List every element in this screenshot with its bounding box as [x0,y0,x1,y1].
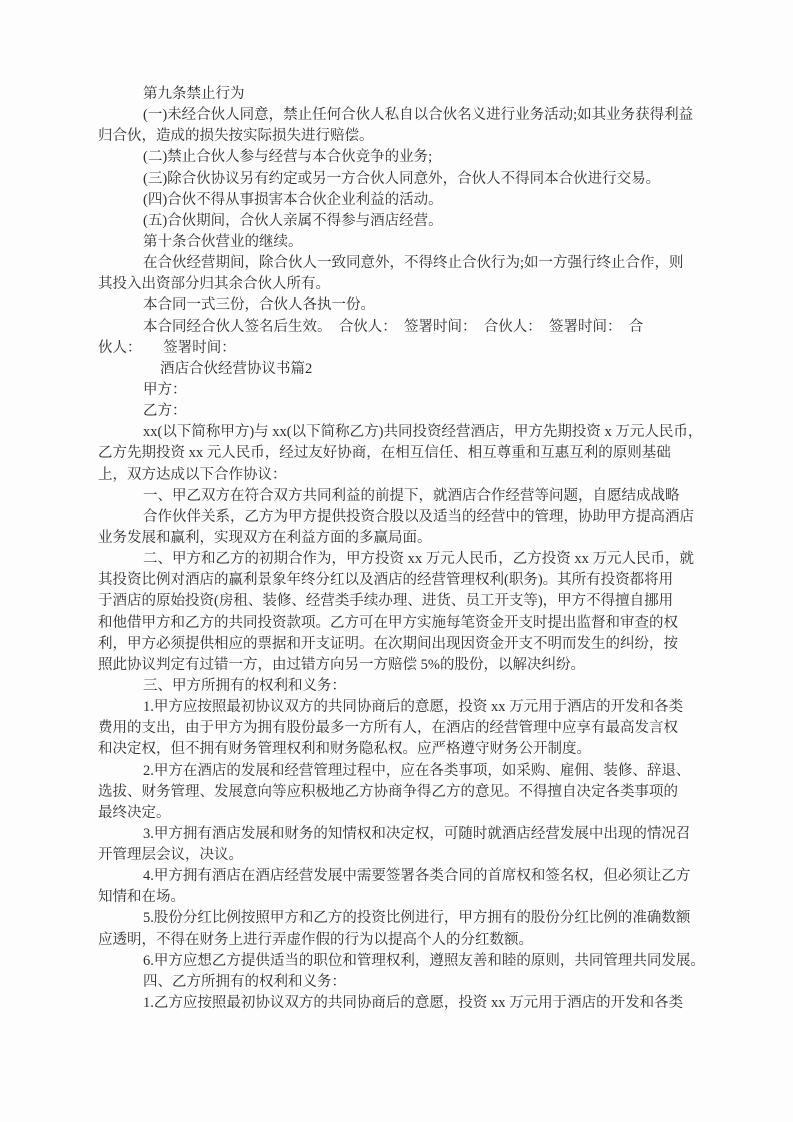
document-line: 选拔、财务管理、发展意向等应积极地乙方协商争得乙方的意见。不得擅自决定各类事项的 [98,782,738,803]
document-line: 费用的支出，由于甲方为拥有股份最多一方所有人，在酒店的经营管理中应享有最高发言权 [98,718,738,739]
document-line: 1.甲方应按照最初协议双方的共同协商后的意愿，投资 xx 万元用于酒店的开发和各… [98,697,738,718]
document-page: 第九条禁止行为(一)未经合伙人同意，禁止任何合伙人私自以合伙名义进行业务活动;如… [0,0,793,1122]
document-line: 和他借甲方和乙方的共同投资款项。乙方可在甲方实施每笔资金开支时提出监督和审查的权 [98,613,738,634]
document-line: 知情和在场。 [98,887,738,908]
document-line: 二、甲方和乙方的初期合作为，甲方投资 xx 万元人民币，乙方投资 xx 万元人民… [98,549,738,570]
document-line: 上，双方达成以下合作协议： [98,465,738,486]
document-line: (一)未经合伙人同意，禁止任何合伙人私自以合伙名义进行业务活动;如其业务获得利益 [98,105,738,126]
document-line: 甲方： [98,380,738,401]
document-line: 1.乙方应按照最初协议双方的共同协商后的意愿，投资 xx 万元用于酒店的开发和各… [98,993,738,1014]
document-line: 三、甲方所拥有的权利和义务： [98,676,738,697]
document-line: 四、乙方所拥有的权利和义务： [98,972,738,993]
document-line: 4.甲方拥有酒店在酒店经营发展中需要签署各类合同的首席权和签名权，但必须让乙方 [98,866,738,887]
document-line: 归合伙，造成的损失按实际损失进行赔偿。 [98,126,738,147]
document-line: 本合同经合伙人签名后生效。 合伙人： 签署时间： 合伙人： 签署时间： 合 [98,317,738,338]
document-line: 一、甲乙双方在符合双方共同利益的前提下，就酒店合作经营等问题，自愿结成战略 [98,486,738,507]
document-line: (二)禁止合伙人参与经营与本合伙竞争的业务; [98,147,738,168]
document-line: 本合同一式三份，合伙人各执一份。 [98,295,738,316]
document-line: 业务发展和赢利，实现双方在利益方面的多赢局面。 [98,528,738,549]
document-line: 6.甲方应想乙方提供适当的职位和管理权利，遵照友善和睦的原则，共同管理共同发展。 [98,951,738,972]
document-line: 其投入出资部分归其余合伙人所有。 [98,274,738,295]
document-line: 于酒店的原始投资(房租、装修、经营类手续办理、进货、员工开支等)，甲方不得擅自挪… [98,591,738,612]
document-line: 第九条禁止行为 [98,84,738,105]
document-line: 5.股份分红比例按照甲方和乙方的投资比例进行，甲方拥有的股份分红比例的准确数额 [98,908,738,929]
document-line: xx(以下简称甲方)与 xx(以下简称乙方)共同投资经营酒店，甲方先期投资 x … [98,422,738,443]
document-line: 3.甲方拥有酒店发展和财务的知情权和决定权，可随时就酒店经营发展中出现的情况召 [98,824,738,845]
document-line: (四)合伙不得从事损害本合伙企业利益的活动。 [98,190,738,211]
document-line: 酒店合伙经营协议书篇2 [98,359,738,380]
document-line: 开管理层会议，决议。 [98,845,738,866]
document-line: 应透明，不得在财务上进行弄虚作假的行为以提高个人的分红数额。 [98,930,738,951]
document-line: 乙方先期投资 xx 元人民币，经过友好协商，在相互信任、相互尊重和互惠互利的原则… [98,443,738,464]
document-line: (三)除合伙协议另有约定或另一方合伙人同意外，合伙人不得同本合伙进行交易。 [98,169,738,190]
document-line: 乙方： [98,401,738,422]
document-line: 和决定权，但不拥有财务管理权利和财务隐私权。应严格遵守财务公开制度。 [98,739,738,760]
document-line: 合作伙伴关系，乙方为甲方提供投资合股以及适当的经营中的管理，协助甲方提高酒店 [98,507,738,528]
document-line: 第十条合伙营业的继续。 [98,232,738,253]
document-line: 利，甲方必须提供相应的票据和开支证明。在次期间出现因资金开支不明而发生的纠纷，按 [98,634,738,655]
document-line: 照此协议判定有过错一方，由过错方向另一方赔偿 5%的股份，以解决纠纷。 [98,655,738,676]
document-line: (五)合伙期间，合伙人亲属不得参与酒店经营。 [98,211,738,232]
document-line: 2.甲方在酒店的发展和经营管理过程中，应在各类事项，如采购、雇佣、装修、辞退、 [98,761,738,782]
document-line: 在合伙经营期间，除合伙人一致同意外，不得终止合伙行为;如一方强行终止合作，则 [98,253,738,274]
document-line: 最终决定。 [98,803,738,824]
document-line: 其投资比例对酒店的赢利景象年终分红以及酒店的经营管理权利(职务)。其所有投资都将… [98,570,738,591]
document-body: 第九条禁止行为(一)未经合伙人同意，禁止任何合伙人私自以合伙名义进行业务活动;如… [98,84,738,1014]
document-line: 伙人： 签署时间： [98,338,738,359]
